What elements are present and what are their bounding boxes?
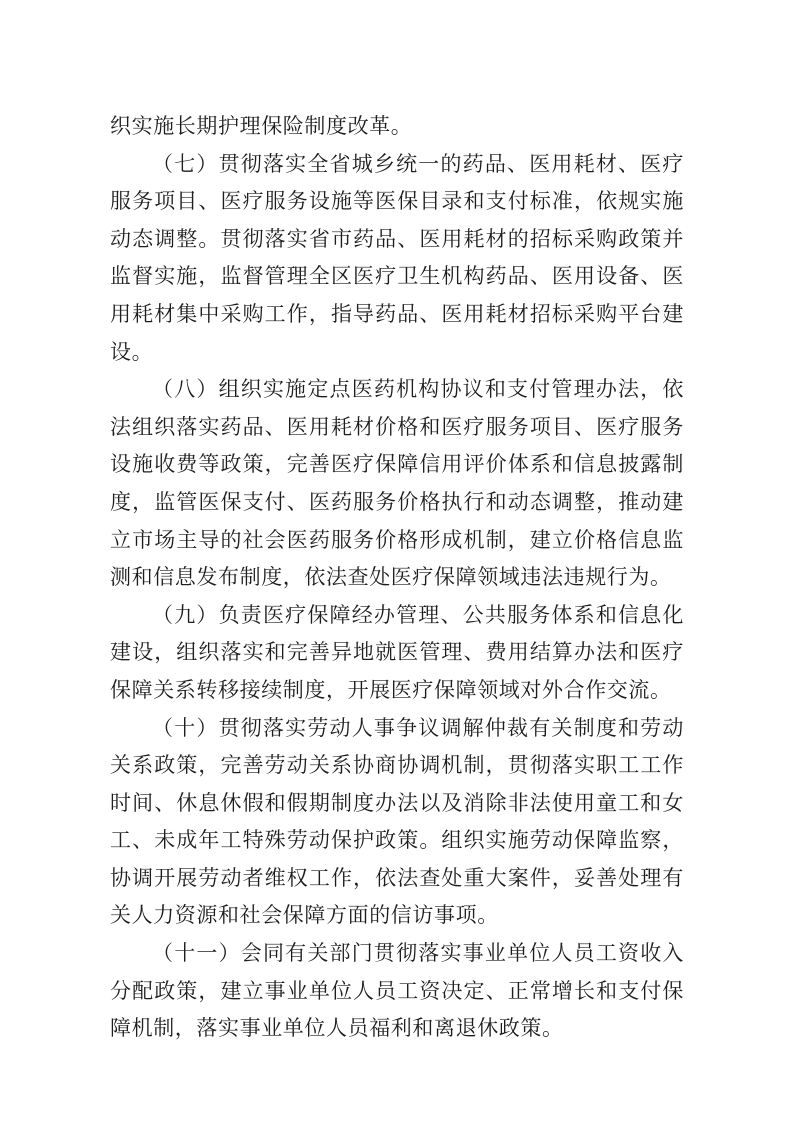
document-page: 织实施长期护理保险制度改革。 （七）贯彻落实全省城乡统一的药品、医用耗材、医疗服… xyxy=(0,0,793,1122)
paragraph-clause-8: （八）组织实施定点医药机构协议和支付管理办法，依法组织落实药品、医用耗材价格和医… xyxy=(110,371,684,597)
paragraph-clause-11: （十一）会同有关部门贯彻落实事业单位人员工资收入分配政策，建立事业单位人员工资决… xyxy=(110,935,684,1048)
paragraph-clause-10: （十）贯彻落实劳动人事争议调解仲裁有关制度和劳动关系政策，完善劳动关系协商协调机… xyxy=(110,710,684,936)
paragraph-continuation: 织实施长期护理保险制度改革。 xyxy=(110,108,684,146)
paragraph-clause-9: （九）负责医疗保障经办管理、公共服务体系和信息化建设，组织落实和完善异地就医管理… xyxy=(110,597,684,710)
paragraph-clause-7: （七）贯彻落实全省城乡统一的药品、医用耗材、医疗服务项目、医疗服务设施等医保目录… xyxy=(110,146,684,372)
document-text-block: 织实施长期护理保险制度改革。 （七）贯彻落实全省城乡统一的药品、医用耗材、医疗服… xyxy=(110,108,684,1048)
